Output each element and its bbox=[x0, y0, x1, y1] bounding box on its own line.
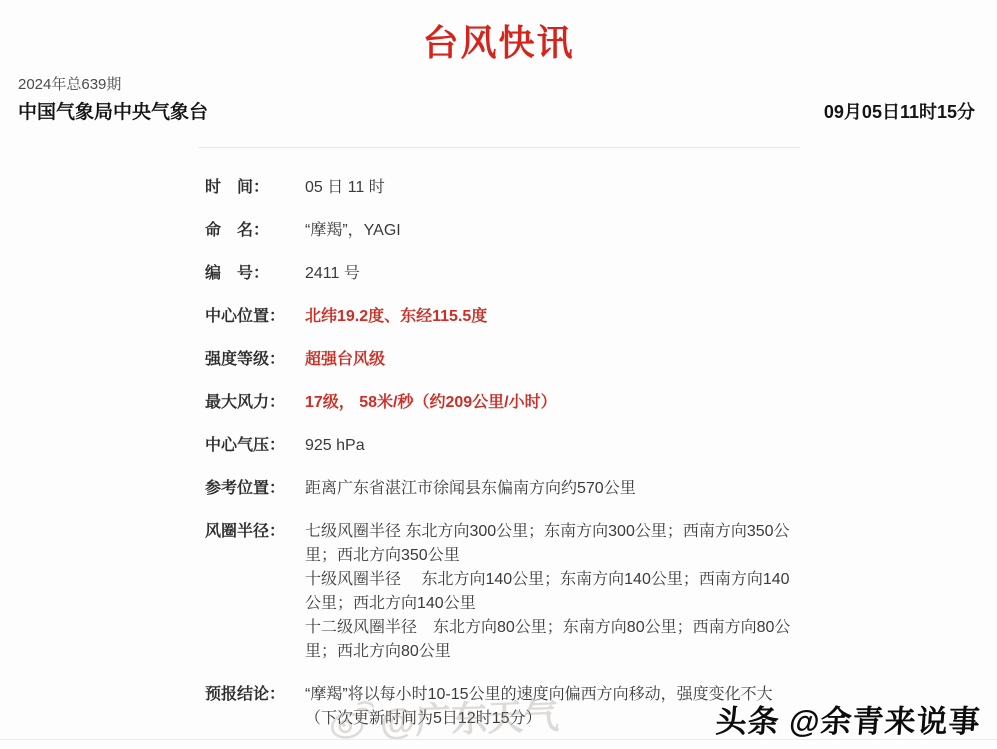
field-label: 最大风力： bbox=[205, 391, 305, 415]
field-value: 北纬19.2度、东经115.5度 bbox=[305, 305, 792, 329]
field-label: 预报结论： bbox=[205, 683, 305, 731]
field-value-line: 05 日 11 时 bbox=[305, 176, 792, 200]
field-value: 925 hPa bbox=[305, 434, 792, 458]
field-value-line: 七级风圈半径 东北方向300公里；东南方向300公里；西南方向350公里；西北方… bbox=[305, 520, 792, 568]
field-label: 参考位置： bbox=[205, 477, 305, 501]
bulletin-row: 最大风力： 17级， 58米/秒（约209公里/小时） bbox=[205, 391, 797, 415]
page-title: 台风快讯 bbox=[0, 0, 997, 66]
bulletin-row: 命 名： “摩羯”，YAGI bbox=[205, 219, 797, 243]
bulletin-meta: 2024年总639期 中国气象局中央气象台 09月05日11时15分 bbox=[0, 73, 997, 124]
field-label: 编 号： bbox=[205, 262, 305, 286]
field-label: 命 名： bbox=[205, 219, 305, 243]
field-value-line: 北纬19.2度、东经115.5度 bbox=[305, 305, 792, 329]
field-value-line: 距离广东省湛江市徐闻县东偏南方向约570公里 bbox=[305, 477, 792, 501]
bulletin-row: 预报结论： “摩羯”将以每小时10-15公里的速度向偏西方向移动，强度变化不大（… bbox=[205, 683, 797, 731]
bulletin-row: 风圈半径： 七级风圈半径 东北方向300公里；东南方向300公里；西南方向350… bbox=[205, 520, 797, 664]
field-value-line: 925 hPa bbox=[305, 434, 792, 458]
typhoon-bulletin-page: 台风快讯 2024年总639期 中国气象局中央气象台 09月05日11时15分 … bbox=[0, 0, 997, 749]
issue-number: 2024年总639期 bbox=[18, 73, 208, 94]
bulletin-row: 参考位置： 距离广东省湛江市徐闻县东偏南方向约570公里 bbox=[205, 477, 797, 501]
field-value: 2411 号 bbox=[305, 262, 792, 286]
meta-left: 2024年总639期 中国气象局中央气象台 bbox=[18, 73, 208, 124]
field-value-line: 2411 号 bbox=[305, 262, 792, 286]
bulletin-row: 强度等级： 超强台风级 bbox=[205, 348, 797, 372]
field-label: 强度等级： bbox=[205, 348, 305, 372]
field-label: 时 间： bbox=[205, 176, 305, 200]
field-value: “摩羯”，YAGI bbox=[305, 219, 792, 243]
field-value-line: “摩羯”，YAGI bbox=[305, 219, 792, 243]
header-divider bbox=[198, 147, 800, 148]
field-value-line: 17级， 58米/秒（约209公里/小时） bbox=[305, 391, 792, 415]
field-value-line: 超强台风级 bbox=[305, 348, 792, 372]
field-label: 中心位置： bbox=[205, 305, 305, 329]
bulletin-row: 编 号： 2411 号 bbox=[205, 262, 797, 286]
toutiao-watermark: 头条 @余青来说事 bbox=[715, 696, 983, 741]
field-value-line: 十二级风圈半径 东北方向80公里；东南方向80公里；西南方向80公里；西北方向8… bbox=[305, 616, 792, 664]
field-value: 七级风圈半径 东北方向300公里；东南方向300公里；西南方向350公里；西北方… bbox=[305, 520, 792, 664]
bulletin-row: 中心气压： 925 hPa bbox=[205, 434, 797, 458]
field-value: 超强台风级 bbox=[305, 348, 792, 372]
bulletin-row: 中心位置： 北纬19.2度、东经115.5度 bbox=[205, 305, 797, 329]
field-value: 距离广东省湛江市徐闻县东偏南方向约570公里 bbox=[305, 477, 792, 501]
report-datetime: 09月05日11时15分 bbox=[824, 98, 975, 124]
field-value-line: 十级风圈半径 东北方向140公里；东南方向140公里；西南方向140公里；西北方… bbox=[305, 568, 792, 616]
field-label: 中心气压： bbox=[205, 434, 305, 458]
field-value: 17级， 58米/秒（约209公里/小时） bbox=[305, 391, 792, 415]
bulletin-rows: 时 间： 05 日 11 时 命 名： “摩羯”，YAGI 编 号： 2411 … bbox=[205, 176, 797, 731]
bulletin-row: 时 间： 05 日 11 时 bbox=[205, 176, 797, 200]
bottom-edge-line bbox=[0, 739, 997, 749]
agency-name: 中国气象局中央气象台 bbox=[18, 97, 208, 124]
field-value: 05 日 11 时 bbox=[305, 176, 792, 200]
field-label: 风圈半径： bbox=[205, 520, 305, 664]
